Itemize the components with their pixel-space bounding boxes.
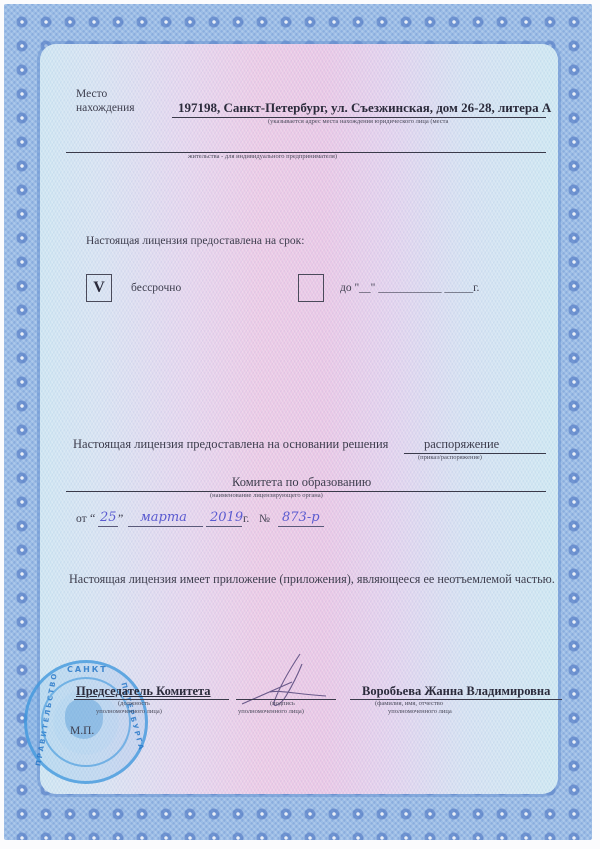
position-caption-line1: (должность bbox=[118, 700, 150, 707]
year-suffix: г. bbox=[243, 513, 249, 525]
day-underline bbox=[98, 526, 118, 527]
number-prefix: № bbox=[259, 513, 270, 525]
licensing-authority: Комитета по образованию bbox=[232, 475, 371, 490]
until-date-label: до "__" ___________ _____г. bbox=[340, 282, 479, 294]
open-quote: “ bbox=[90, 511, 95, 526]
basis-text: Настоящая лицензия предоставлена на осно… bbox=[73, 437, 388, 452]
seal-label: М.П. bbox=[70, 725, 94, 737]
decision-number: 873-р bbox=[282, 510, 320, 525]
indefinite-checkbox[interactable]: V bbox=[86, 274, 112, 302]
basis-document-type: распоряжение bbox=[424, 437, 499, 452]
position-underline bbox=[74, 699, 229, 700]
location-address: 197198, Санкт-Петербург, ул. Съезжинская… bbox=[178, 100, 551, 116]
location-label-line2: нахождения bbox=[76, 102, 135, 114]
date-prefix: от bbox=[76, 513, 87, 525]
signatory-position: Председатель Комитета bbox=[76, 684, 211, 699]
check-mark: V bbox=[93, 279, 105, 297]
name-caption-line1: (фамилия, имя, отчество bbox=[375, 700, 443, 707]
decision-month: марта bbox=[140, 510, 187, 525]
address-caption-line2: жительства - для индивидуального предпри… bbox=[188, 153, 337, 160]
authority-caption: (наименование лицензирующего органа) bbox=[210, 492, 323, 499]
indefinite-label: бессрочно bbox=[131, 282, 181, 294]
decision-year: 2019 bbox=[210, 510, 243, 525]
stamp-text-left: ПРАВИТЕЛЬСТВО bbox=[35, 671, 59, 766]
term-heading: Настоящая лицензия предоставлена на срок… bbox=[86, 235, 304, 247]
signature-caption-line2: уполномоченного лица) bbox=[238, 708, 304, 715]
document-type-caption: (приказ/распоряжение) bbox=[418, 454, 482, 461]
until-date-checkbox[interactable] bbox=[298, 274, 324, 302]
appendix-text: Настоящая лицензия имеет приложение (при… bbox=[69, 572, 555, 587]
official-seal-stamp: САНКТ ПРАВИТЕЛЬСТВО ПЕТЕРБУРГА bbox=[24, 660, 148, 784]
address-caption-line1: (указывается адрес места нахождения юрид… bbox=[268, 118, 448, 125]
year-underline bbox=[206, 526, 242, 527]
location-label-line1: Место bbox=[76, 88, 107, 100]
stamp-text-top: САНКТ bbox=[67, 665, 108, 674]
signature-caption-line1: (подпись bbox=[270, 700, 295, 707]
signatory-name: Воробьева Жанна Владимировна bbox=[362, 684, 550, 699]
month-underline bbox=[128, 526, 203, 527]
number-underline bbox=[278, 526, 324, 527]
position-caption-line2: уполномоченного лица) bbox=[96, 708, 162, 715]
name-caption-line2: уполномоченного лица bbox=[388, 708, 452, 715]
close-quote: ” bbox=[118, 511, 123, 526]
decision-day: 25 bbox=[100, 510, 117, 525]
